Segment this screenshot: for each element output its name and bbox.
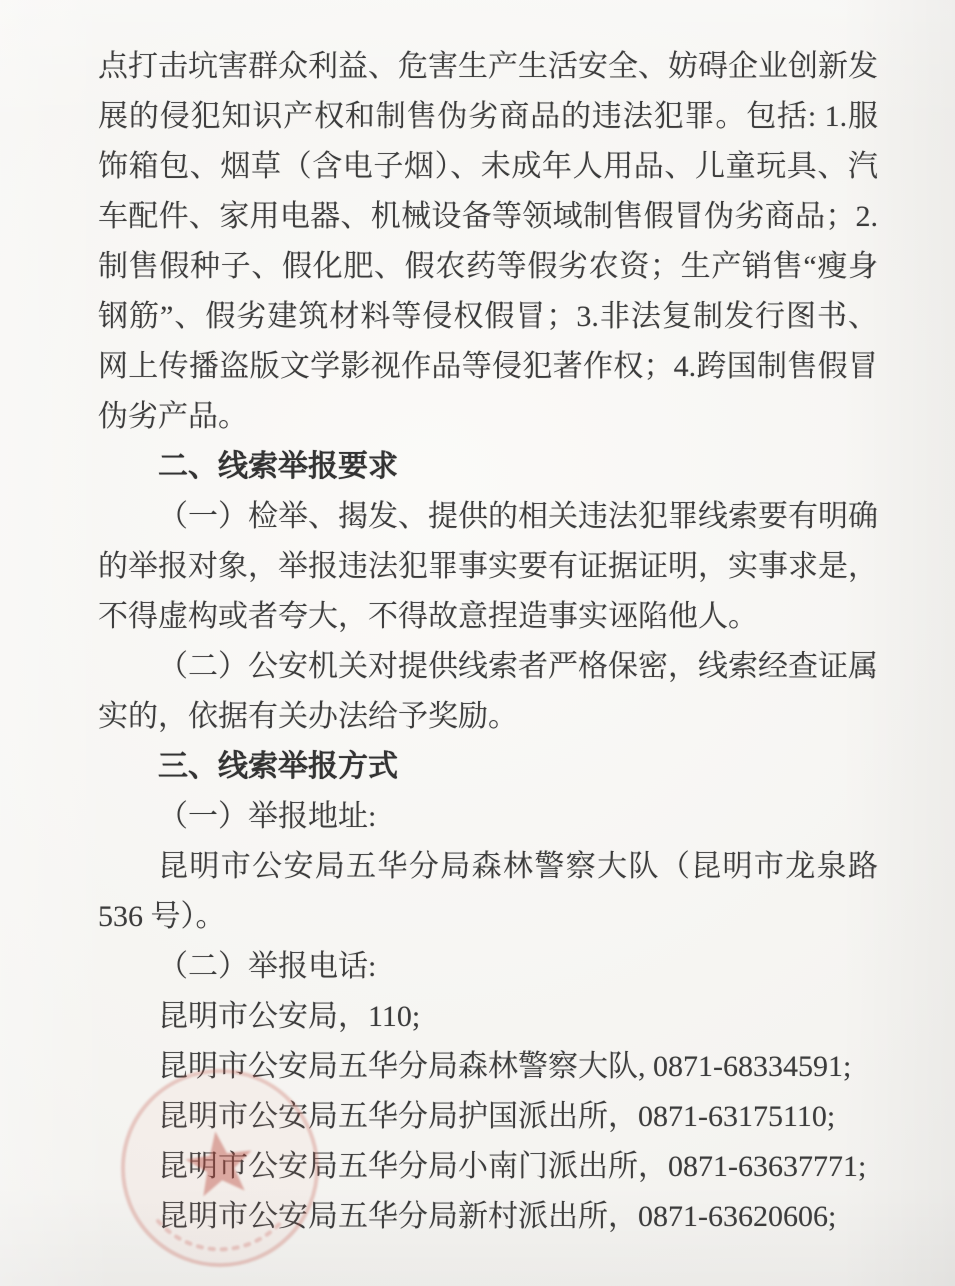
body-text-line: 昆明市公安局五华分局森林警察大队（昆明市龙泉路 bbox=[98, 842, 878, 892]
body-text-line: 不得虚构或者夸大，不得故意捏造事实诬陷他人。 bbox=[98, 592, 878, 642]
body-text-line: 钢筋”、假劣建筑材料等侵权假冒；3.非法复制发行图书、 bbox=[98, 292, 878, 342]
body-text-line: 伪劣产品。 bbox=[98, 392, 878, 442]
section-heading-2: 二、线索举报要求 bbox=[98, 442, 878, 492]
phone-line: 昆明市公安局五华分局森林警察大队, 0871-68334591; bbox=[98, 1042, 878, 1092]
phone-line: 昆明市公安局五华分局小南门派出所，0871-63637771; bbox=[98, 1142, 878, 1192]
subsection-report-phone: （二）举报电话: bbox=[98, 942, 878, 992]
phone-line: 昆明市公安局五华分局新村派出所，0871-63620606; bbox=[98, 1192, 878, 1242]
body-text-line: 饰箱包、烟草（含电子烟）、未成年人用品、儿童玩具、汽 bbox=[98, 142, 878, 192]
body-text-line: 制售假种子、假化肥、假农药等假劣农资；生产销售“瘦身 bbox=[98, 242, 878, 292]
phone-line: 昆明市公安局，110; bbox=[98, 992, 878, 1042]
subsection-report-address: （一）举报地址: bbox=[98, 792, 878, 842]
body-text-line: （二）公安机关对提供线索者严格保密，线索经查证属 bbox=[98, 642, 878, 692]
body-text-line: 536 号）。 bbox=[98, 892, 878, 942]
body-text-line: 的举报对象，举报违法犯罪事实要有证据证明，实事求是， bbox=[98, 542, 878, 592]
body-text-line: 点打击坑害群众利益、危害生产生活安全、妨碍企业创新发 bbox=[98, 42, 878, 92]
body-text-line: 车配件、家用电器、机械设备等领域制售假冒伪劣商品；2. bbox=[98, 192, 878, 242]
document-body: 点打击坑害群众利益、危害生产生活安全、妨碍企业创新发 展的侵犯知识产权和制售伪劣… bbox=[98, 42, 878, 1242]
document-page: 点打击坑害群众利益、危害生产生活安全、妨碍企业创新发 展的侵犯知识产权和制售伪劣… bbox=[0, 0, 955, 1286]
body-text-line: （一）检举、揭发、提供的相关违法犯罪线索要有明确 bbox=[98, 492, 878, 542]
body-text-line: 展的侵犯知识产权和制售伪劣商品的违法犯罪。包括: 1.服 bbox=[98, 92, 878, 142]
body-text-line: 实的，依据有关办法给予奖励。 bbox=[98, 692, 878, 742]
section-heading-3: 三、线索举报方式 bbox=[98, 742, 878, 792]
body-text-line: 网上传播盗版文学影视作品等侵犯著作权；4.跨国制售假冒 bbox=[98, 342, 878, 392]
phone-line: 昆明市公安局五华分局护国派出所，0871-63175110; bbox=[98, 1092, 878, 1142]
